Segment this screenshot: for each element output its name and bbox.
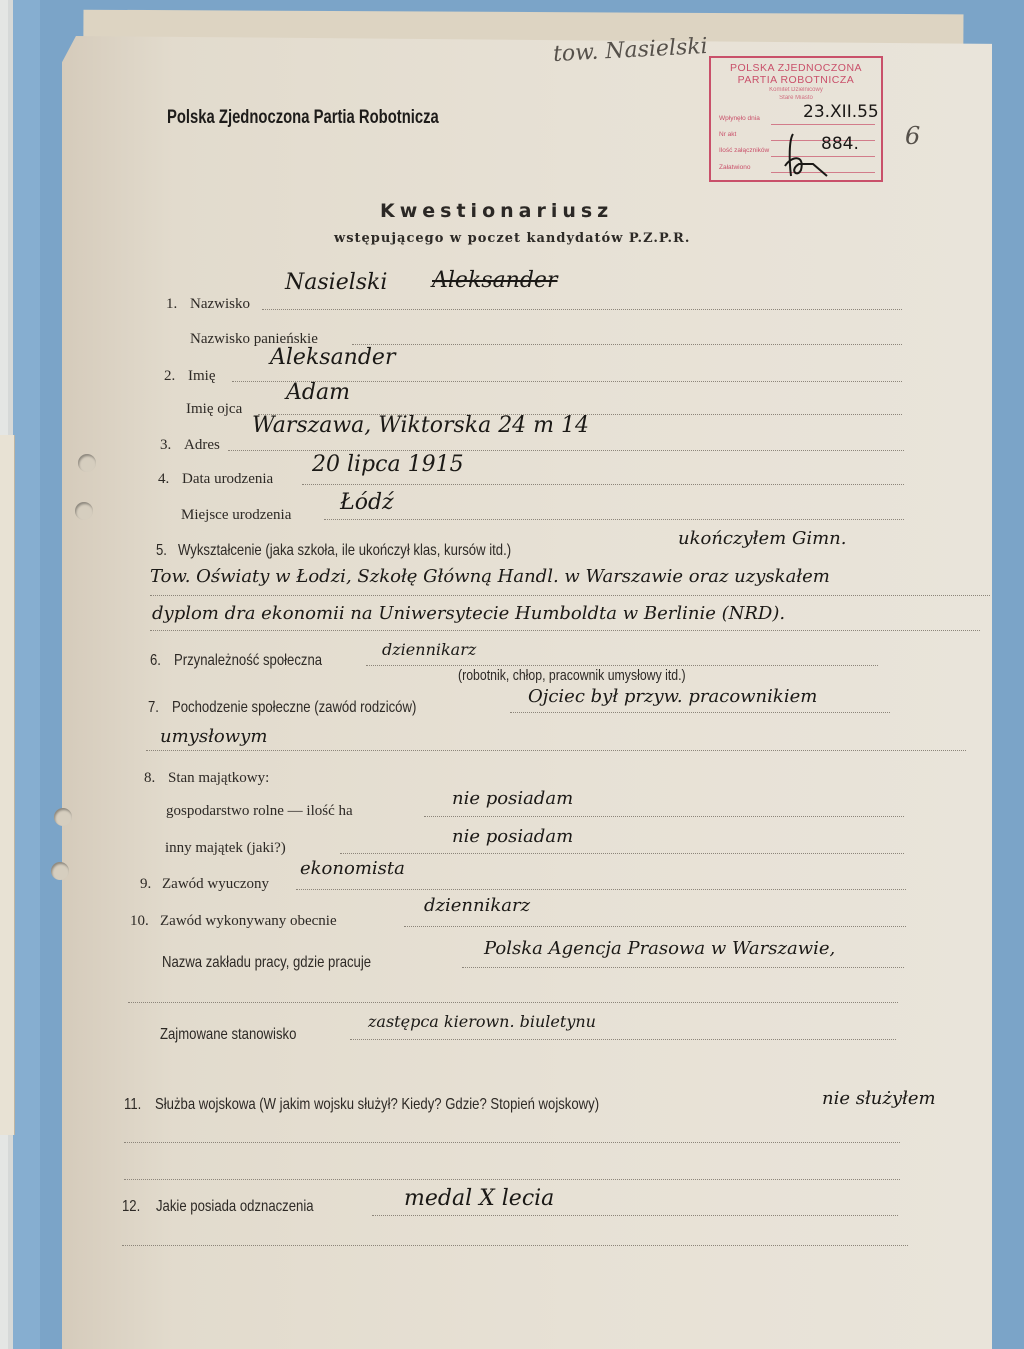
q11-field-line-3 <box>124 1179 900 1180</box>
organization-header: Polska Zjednoczona Partia Robotnicza <box>167 107 439 129</box>
q5-education-value-1: ukończyłem Gimn. <box>678 528 846 549</box>
stamp-field-label: Wpłynęło dnia <box>719 115 760 122</box>
q9-label: Zawód wyuczony <box>162 876 269 893</box>
q11-field-line-2 <box>124 1142 900 1143</box>
workplace-field-line <box>462 967 904 968</box>
q5-field-line-3 <box>150 630 980 631</box>
punch-hole <box>75 502 93 520</box>
q8-label: Stan majątkowy: <box>168 770 269 787</box>
q4-label: Data urodzenia <box>182 471 273 488</box>
birthplace-label: Miejsce urodzenia <box>181 507 291 524</box>
q7-origin-value-2: umysłowym <box>160 726 267 747</box>
q6-field-line <box>366 665 878 666</box>
position-field-line <box>350 1039 896 1040</box>
q8-number: 8. <box>144 770 155 787</box>
stamp-line-1: POLSKA ZJEDNOCZONA <box>711 62 881 74</box>
q6-number: 6. <box>150 652 161 670</box>
q4-field-line <box>302 484 904 485</box>
q12-number: 12. <box>122 1198 140 1216</box>
q3-address-value: Warszawa, Wiktorska 24 m 14 <box>252 413 589 438</box>
q7-label: Pochodzenie społeczne (zawód rodziców) <box>172 699 416 717</box>
q9-learned-profession-value: ekonomista <box>300 858 405 879</box>
position-label: Zajmowane stanowisko <box>160 1026 296 1044</box>
q1-label: Nazwisko <box>190 296 250 313</box>
q10-label: Zawód wykonywany obecnie <box>160 913 337 930</box>
q7-number: 7. <box>148 699 159 717</box>
punch-hole <box>54 808 72 826</box>
adjacent-sheet-edge <box>0 435 15 1135</box>
punch-hole <box>78 454 96 472</box>
q5-label: Wykształcenie (jaka szkoła, ile ukończył… <box>178 542 511 560</box>
q3-label: Adres <box>184 437 220 454</box>
page-number: 6 <box>905 122 920 150</box>
q2-label: Imię <box>188 368 216 385</box>
q4-birth-date-value: 20 lipca 1915 <box>312 452 464 477</box>
q2-first-name-value: Aleksander <box>270 345 395 370</box>
position-value: zastępca kierown. biuletynu <box>368 1012 596 1031</box>
q7-field-line-2 <box>146 750 966 751</box>
stamp-field-label: Nr akt <box>719 131 736 138</box>
workplace-field-line-2 <box>128 1002 898 1003</box>
punch-hole <box>51 862 69 880</box>
q5-number: 5. <box>156 542 167 560</box>
q11-label: Służba wojskowa (W jakim wojsku służył? … <box>155 1096 599 1114</box>
q1-number: 1. <box>166 296 177 313</box>
father-name-label: Imię ojca <box>186 401 242 418</box>
q12-decorations-value: medal X lecia <box>404 1186 554 1211</box>
q5-field-line-2 <box>150 595 990 596</box>
page-title: Kwestionariusz <box>380 200 613 222</box>
stamp-line-4: Stare Miasto <box>711 95 881 101</box>
stamp-received-date: 23.XII.55 <box>803 102 879 122</box>
q6-hint: (robotnik, chłop, pracownik umysłowy itd… <box>458 667 686 684</box>
stamp-line-2: PARTIA ROBOTNICZA <box>711 74 881 86</box>
q3-field-line <box>228 450 904 451</box>
stamp-field-label: Ilość załączników <box>719 147 769 154</box>
farm-value: nie posiadam <box>452 788 573 809</box>
q3-number: 3. <box>160 437 171 454</box>
stamp-field-label: Załatwiono <box>719 164 750 171</box>
q12-label: Jakie posiada odznaczenia <box>156 1198 314 1216</box>
stamp-line-3: Komitet Dzielnicowy <box>711 87 881 93</box>
q10-field-line <box>404 926 906 927</box>
q7-field-line <box>510 712 890 713</box>
birthplace-field-line <box>324 519 904 520</box>
other-property-field-line <box>340 853 904 854</box>
q12-field-line-2 <box>122 1245 908 1246</box>
farm-field-line <box>424 816 904 817</box>
q6-label: Przynależność społeczna <box>174 652 322 670</box>
page-subtitle: wstępującego w poczet kandydatów P.Z.P.R… <box>334 231 690 246</box>
q10-current-profession-value: dziennikarz <box>424 895 530 916</box>
q11-number: 11. <box>124 1096 141 1114</box>
q5-education-value-3: dyplom dra ekonomii na Uniwersytecie Hum… <box>152 603 785 624</box>
workplace-value: Polska Agencja Prasowa w Warszawie, <box>484 938 835 959</box>
farm-label: gospodarstwo rolne — ilość ha <box>166 803 353 820</box>
q1-struck-value: Aleksander <box>432 268 557 293</box>
maiden-name-field-line <box>352 344 902 345</box>
workplace-label: Nazwa zakładu pracy, gdzie pracuje <box>162 954 371 972</box>
q11-military-value: nie służyłem <box>822 1088 936 1109</box>
q6-social-value: dziennikarz <box>382 640 476 659</box>
father-name-value: Adam <box>286 380 350 405</box>
q9-number: 9. <box>140 876 151 893</box>
q5-education-value-2: Tow. Oświaty w Łodzi, Szkołę Główną Hand… <box>150 566 830 587</box>
stamp-field-line <box>771 124 875 125</box>
q10-number: 10. <box>130 913 149 930</box>
signature-icon <box>779 130 849 180</box>
other-property-value: nie posiadam <box>452 826 573 847</box>
q4-number: 4. <box>158 471 169 488</box>
q1-surname-value: Nasielski <box>285 270 387 295</box>
q1-field-line <box>262 309 902 310</box>
q7-origin-value-1: Ojciec był przyw. pracownikiem <box>528 686 817 707</box>
q9-field-line <box>296 889 906 890</box>
other-property-label: inny majątek (jaki?) <box>165 840 286 857</box>
registration-stamp: POLSKA ZJEDNOCZONA PARTIA ROBOTNICZA Kom… <box>709 56 883 182</box>
q12-field-line <box>372 1215 898 1216</box>
q2-number: 2. <box>164 368 175 385</box>
birthplace-value: Łódź <box>340 490 394 515</box>
